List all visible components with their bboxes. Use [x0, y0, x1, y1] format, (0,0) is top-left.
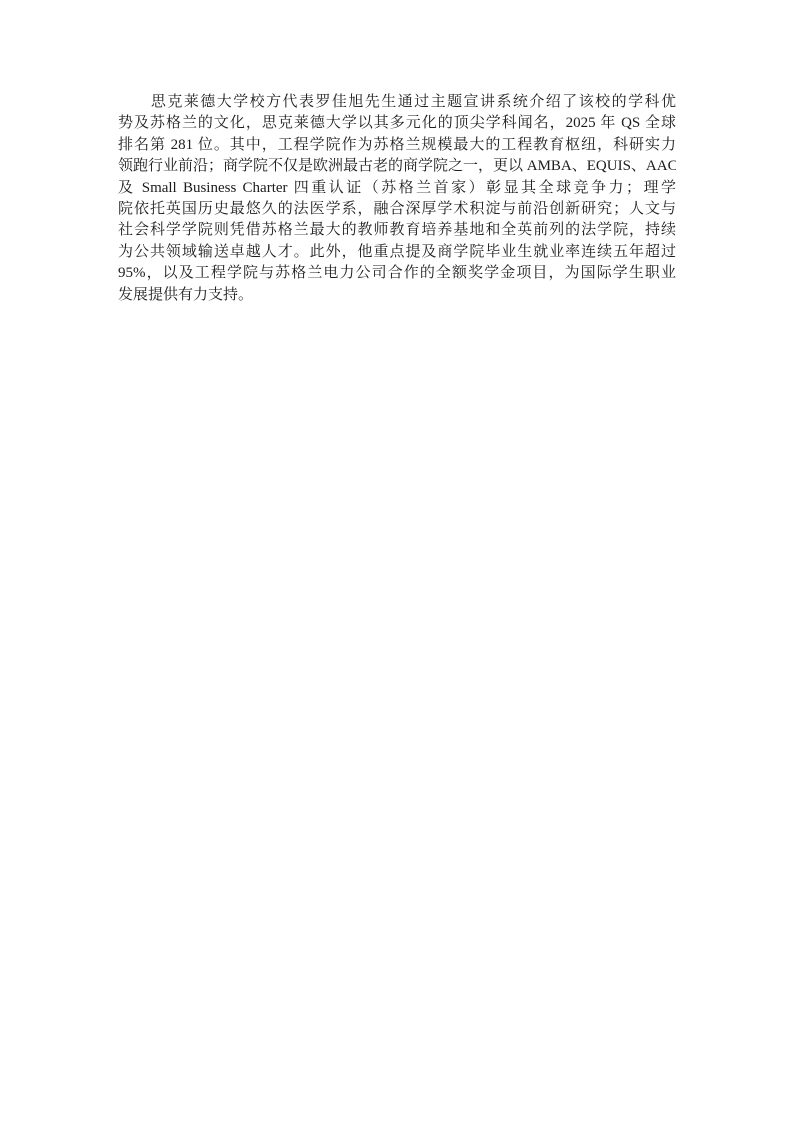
text-line: 发展提供有力支持。 [118, 285, 676, 306]
text-line: 势及苏格兰的文化，思克莱德大学以其多元化的顶尖学科闻名，2025 年 QS 全球 [118, 113, 676, 134]
text-line: 社会科学学院则凭借苏格兰最大的教师教育培养基地和全英前列的法学院，持续 [118, 220, 676, 241]
text-line: 95%，以及工程学院与苏格兰电力公司合作的全额奖学金项目，为国际学生职业 [118, 263, 676, 284]
paragraph: 思克莱德大学校方代表罗佳旭先生通过主题宣讲系统介绍了该校的学科优势及苏格兰的文化… [118, 92, 676, 306]
text-line: 院依托英国历史最悠久的法医学系，融合深厚学术积淀与前沿创新研究；人文与 [118, 199, 676, 220]
text-line: 排名第 281 位。其中，工程学院作为苏格兰规模最大的工程教育枢纽，科研实力 [118, 135, 676, 156]
text-line: 为公共领域输送卓越人才。此外，他重点提及商学院毕业生就业率连续五年超过 [118, 242, 676, 263]
text-line: 领跑行业前沿；商学院不仅是欧洲最古老的商学院之一，更以 AMBA、EQUIS、A… [118, 156, 676, 177]
text-line: 思克莱德大学校方代表罗佳旭先生通过主题宣讲系统介绍了该校的学科优 [118, 92, 676, 113]
document-page: 思克莱德大学校方代表罗佳旭先生通过主题宣讲系统介绍了该校的学科优势及苏格兰的文化… [0, 0, 794, 1122]
text-line: 及 Small Business Charter 四重认证（苏格兰首家）彰显其全… [118, 178, 676, 199]
